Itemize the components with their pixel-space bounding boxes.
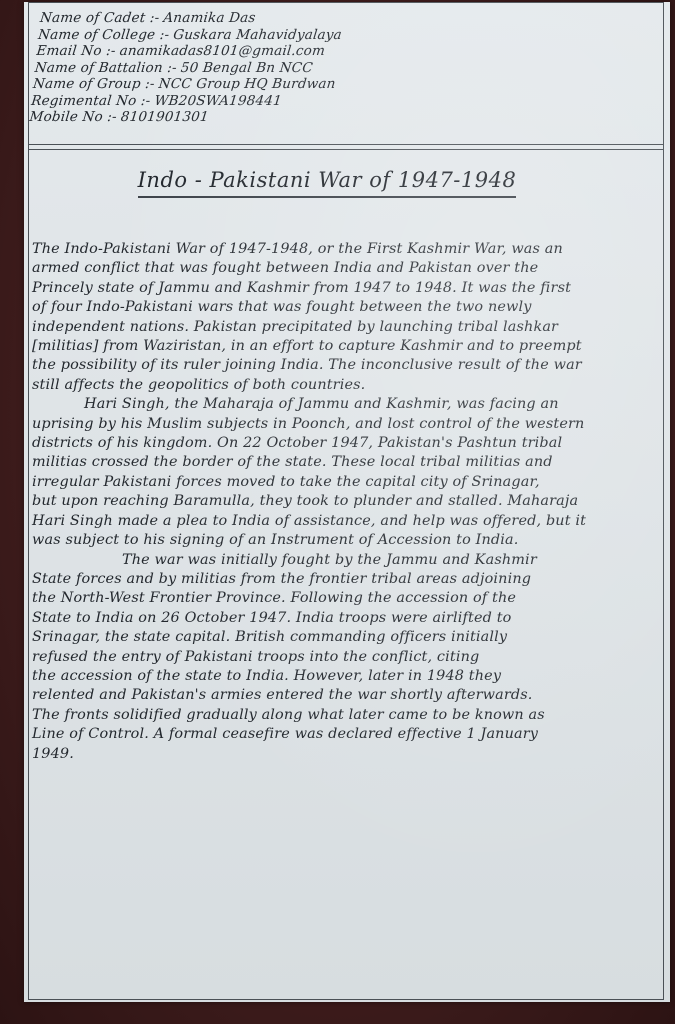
paragraph-2: Hari Singh, the Maharaja of Jammu and Ka… — [32, 395, 660, 550]
text-line: independent nations. Pakistan precipitat… — [32, 318, 660, 337]
text-line: armed conflict that was fought between I… — [32, 259, 660, 278]
paragraph-3: The war was initially fought by the Jamm… — [32, 551, 660, 764]
text-line: the North-West Frontier Province. Follow… — [32, 589, 660, 608]
field-value: 8101901301 — [120, 109, 210, 125]
text-line: districts of his kingdom. On 22 October … — [32, 434, 660, 453]
text-line: State to India on 26 October 1947. India… — [32, 609, 660, 628]
text-line: The Indo-Pakistani War of 1947-1948, or … — [32, 240, 660, 259]
text-line: 1949. — [32, 745, 660, 764]
group-line: Name of Group :-NCC Group HQ Burdwan — [32, 76, 654, 93]
text-line: refused the entry of Pakistani troops in… — [32, 648, 660, 667]
header-divider — [28, 144, 664, 150]
essay-body: The Indo-Pakistani War of 1947-1948, or … — [32, 240, 660, 764]
text-line: relented and Pakistan's armies entered t… — [32, 686, 660, 705]
text-line: Princely state of Jammu and Kashmir from… — [32, 279, 660, 298]
text-line: The war was initially fought by the Jamm… — [32, 551, 660, 570]
text-line: militias crossed the border of the state… — [32, 453, 660, 472]
field-label: Name of College :- — [37, 27, 170, 43]
text-line: Line of Control. A formal ceasefire was … — [32, 725, 660, 744]
field-value: anamikadas8101@gmail.com — [119, 43, 326, 59]
text-line: was subject to his signing of an Instrum… — [32, 531, 660, 550]
page-title: Indo - Pakistani War of 1947-1948 — [138, 168, 517, 198]
cadet-details: Name of Cadet :-Anamika Das Name of Coll… — [27, 10, 661, 140]
field-value: Guskara Mahavidyalaya — [172, 27, 342, 43]
field-value: Anamika Das — [163, 10, 257, 26]
battalion-line: Name of Battalion :-50 Bengal Bn NCC — [34, 60, 656, 77]
field-label: Mobile No :- — [29, 109, 118, 125]
text-line: but upon reaching Baramulla, they took t… — [32, 492, 660, 511]
field-value: WB20SWA198441 — [154, 93, 283, 109]
title-container: Indo - Pakistani War of 1947-1948 — [24, 168, 670, 198]
text-line: irregular Pakistani forces moved to take… — [32, 473, 660, 492]
field-label: Name of Cadet :- — [39, 10, 160, 26]
text-line: uprising by his Muslim subjects in Poonc… — [32, 415, 660, 434]
text-line: Hari Singh, the Maharaja of Jammu and Ka… — [32, 395, 660, 414]
field-value: 50 Bengal Bn NCC — [180, 60, 314, 76]
cadet-name-line: Name of Cadet :-Anamika Das — [39, 10, 661, 27]
text-line: still affects the geopolitics of both co… — [32, 376, 660, 395]
text-line: the accession of the state to India. How… — [32, 667, 660, 686]
college-name-line: Name of College :-Guskara Mahavidyalaya — [37, 27, 659, 44]
text-line: the possibility of its ruler joining Ind… — [32, 356, 660, 375]
email-line: Email No :-anamikadas8101@gmail.com — [36, 43, 658, 60]
text-line: Srinagar, the state capital. British com… — [32, 628, 660, 647]
regimental-no-line: Regimental No :-WB20SWA198441 — [30, 93, 652, 110]
text-line: State forces and by militias from the fr… — [32, 570, 660, 589]
field-value: NCC Group HQ Burdwan — [158, 76, 337, 92]
mobile-no-line: Mobile No :-8101901301 — [29, 109, 651, 126]
field-label: Regimental No :- — [30, 93, 151, 109]
handwritten-page: Name of Cadet :-Anamika Das Name of Coll… — [24, 2, 670, 1002]
paragraph-1: The Indo-Pakistani War of 1947-1948, or … — [32, 240, 660, 395]
text-line: [militias] from Waziristan, in an effort… — [32, 337, 660, 356]
field-label: Name of Battalion :- — [34, 60, 178, 76]
text-line: of four Indo-Pakistani wars that was fou… — [32, 298, 660, 317]
text-line: Hari Singh made a plea to India of assis… — [32, 512, 660, 531]
text-line: The fronts solidified gradually along wh… — [32, 706, 660, 725]
field-label: Name of Group :- — [32, 76, 155, 92]
field-label: Email No :- — [36, 43, 117, 59]
